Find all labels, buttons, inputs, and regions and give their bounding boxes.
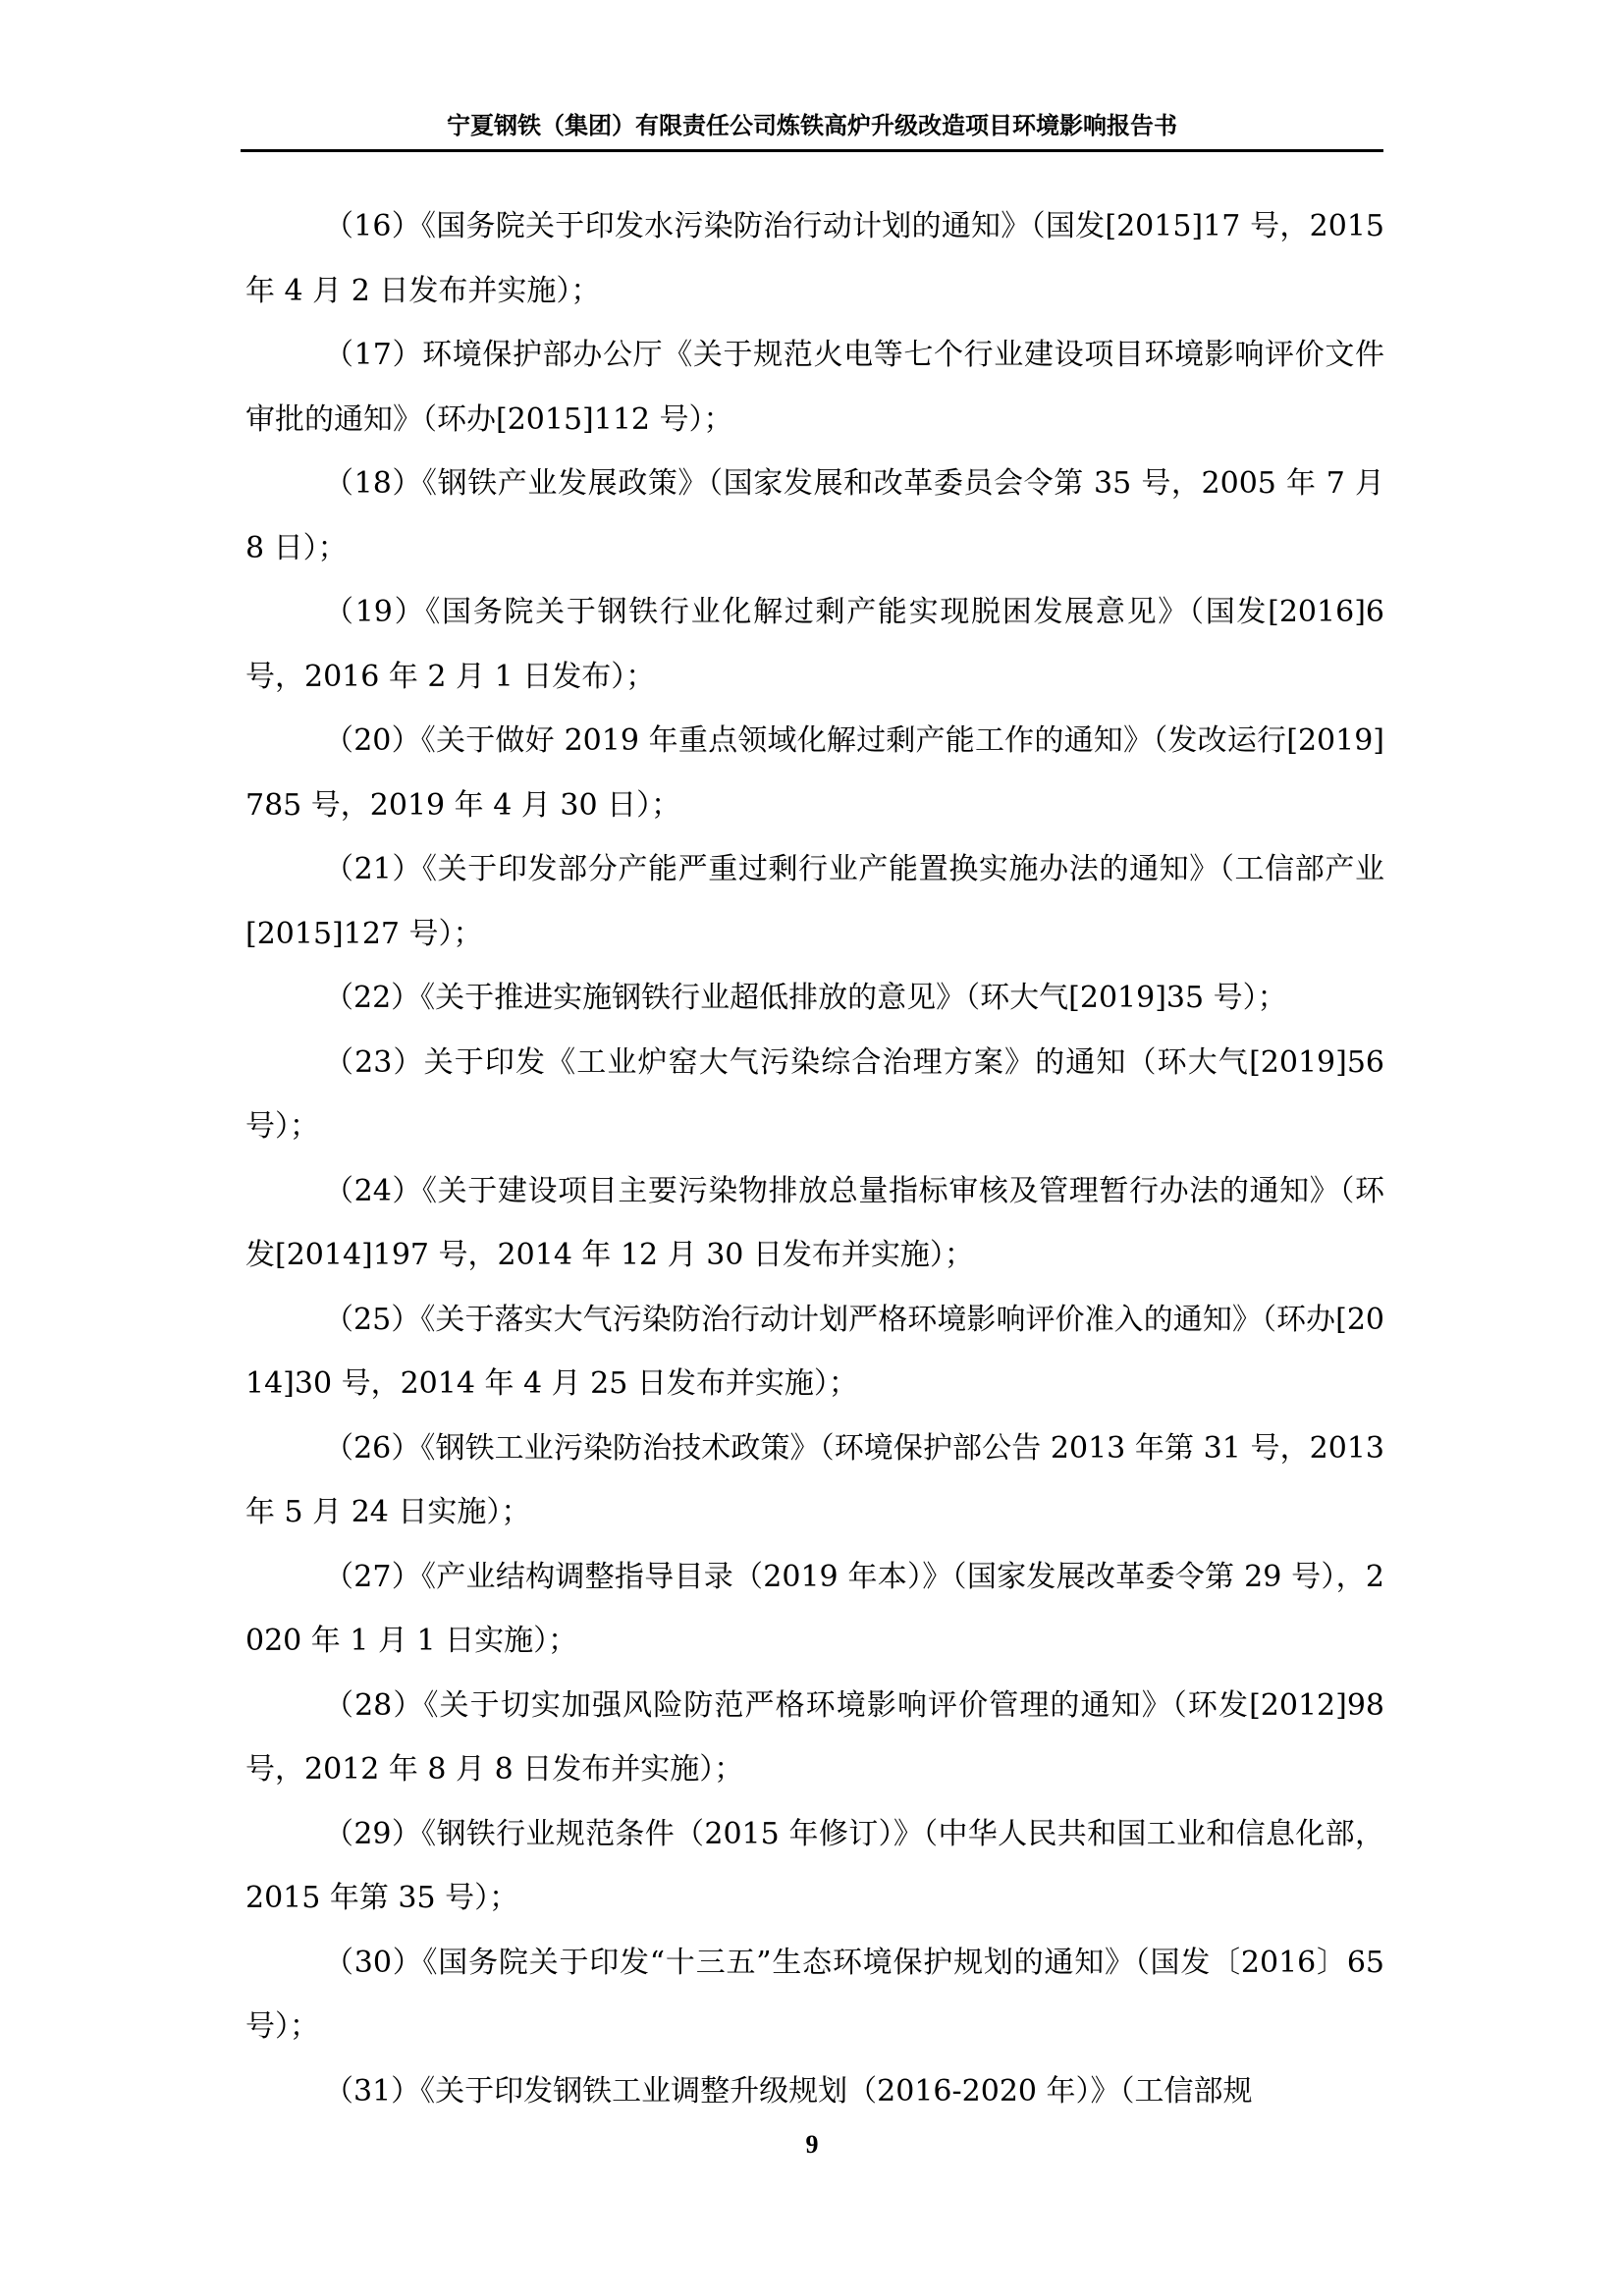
document-header-title: 宁夏钢铁（集团）有限责任公司炼铁高炉升级改造项目环境影响报告书 [241,110,1383,141]
reference-item-18: （18）《钢铁产业发展政策》（国家发展和改革委员会令第 35 号，2005 年 … [245,452,1384,580]
reference-item-27: （27）《产业结构调整指导目录（2019 年本）》（国家发展改革委令第 29 号… [245,1545,1384,1674]
header-divider [241,149,1383,152]
reference-item-22: （22）《关于推进实施钢铁行业超低排放的意见》（环大气[2019]35 号）； [245,966,1384,1031]
reference-item-25: （25）《关于落实大气污染防治行动计划严格环境影响评价准入的通知》（环办[201… [245,1288,1384,1416]
reference-item-29: （29）《钢铁行业规范条件（2015 年修订）》（中华人民共和国工业和信息化部，… [245,1802,1384,1931]
document-body: （16）《国务院关于印发水污染防治行动计划的通知》（国发[2015]17 号，2… [245,194,1384,2123]
reference-item-30: （30）《国务院关于印发“十三五”生态环境保护规划的通知》（国发〔2016〕65… [245,1931,1384,2059]
reference-item-16: （16）《国务院关于印发水污染防治行动计划的通知》（国发[2015]17 号，2… [245,194,1384,323]
reference-item-28: （28）《关于切实加强风险防范严格环境影响评价管理的通知》（环发[2012]98… [245,1674,1384,1802]
reference-item-24: （24）《关于建设项目主要污染物排放总量指标审核及管理暂行办法的通知》（环发[2… [245,1159,1384,1288]
page-number: 9 [0,2130,1624,2160]
reference-item-17: （17）环境保护部办公厅《关于规范火电等七个行业建设项目环境影响评价文件审批的通… [245,323,1384,452]
reference-item-26: （26）《钢铁工业污染防治技术政策》（环境保护部公告 2013 年第 31 号，… [245,1416,1384,1545]
reference-item-31: （31）《关于印发钢铁工业调整升级规划（2016-2020 年）》（工信部规 [245,2059,1384,2124]
reference-item-21: （21）《关于印发部分产能严重过剩行业产能置换实施办法的通知》（工信部产业[20… [245,837,1384,966]
reference-item-23: （23）关于印发《工业炉窑大气污染综合治理方案》的通知（环大气[2019]56 … [245,1031,1384,1159]
document-page: 宁夏钢铁（集团）有限责任公司炼铁高炉升级改造项目环境影响报告书 （16）《国务院… [0,0,1624,2296]
reference-item-19: （19）《国务院关于钢铁行业化解过剩产能实现脱困发展意见》（国发[2016]6 … [245,580,1384,709]
reference-item-20: （20）《关于做好 2019 年重点领域化解过剩产能工作的通知》（发改运行[20… [245,709,1384,837]
